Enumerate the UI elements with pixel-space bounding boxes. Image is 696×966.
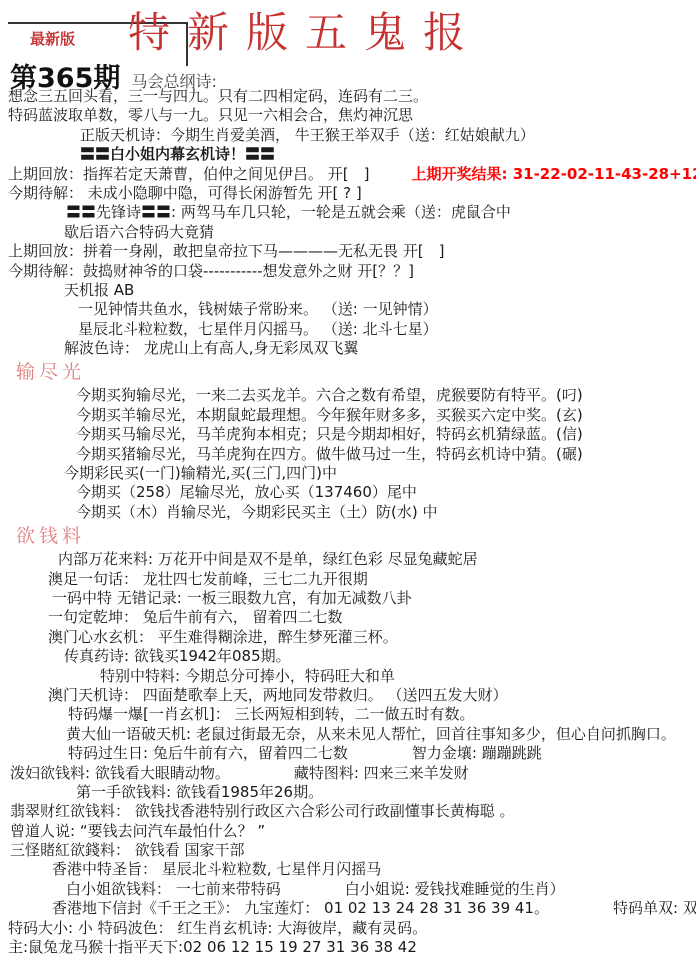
line-text: 今期买猪输尽光，马羊虎狗在四方。做牛做马过一生，特码玄机诗中猜。(碾) bbox=[76, 445, 583, 463]
line-text: 天机报 AB bbox=[64, 281, 134, 299]
content-line: 歇后语六合特码大竟猜 bbox=[8, 223, 694, 242]
line-text: 澳门天机诗： 四面楚歌奉上天，两地同发带救归。 （送四五发大财） bbox=[48, 686, 508, 704]
latest-edition-badge: 最新版 bbox=[8, 24, 75, 49]
line-text: 上期回放：拼着一身剐，敢把皇帝拉下马————无私无畏 开[ ] bbox=[8, 242, 444, 260]
page-title: 特新版五鬼报 bbox=[128, 0, 482, 60]
line-text: 三怪賭紅欲錢料： 欲钱看 国家干部 bbox=[10, 841, 245, 859]
content-line: 想念三五回头看，三一与四九。只有二四相定码，连码有二三。 bbox=[8, 87, 694, 106]
line-text-right: 智力金壤: 蹦蹦跳跳 bbox=[412, 744, 542, 762]
line-text: 白小姐欲钱料： 一七前来带特码 bbox=[66, 880, 281, 898]
line-text: 特码蓝波取单数，零八与一九。只见一六相会合，焦灼神沉思 bbox=[8, 106, 413, 124]
line-text: 今期待解： 未成小隐聊中隐，可得长闲游暂先 开[ ? ] bbox=[8, 184, 362, 202]
content-line: 澳门心水玄机： 平生难得糊涂进，醉生梦死灌三杯。 bbox=[8, 628, 694, 647]
content-line: 特码蓝波取单数，零八与一九。只见一六相会合，焦灼神沉思 bbox=[8, 106, 694, 125]
content-line: 香港中特圣旨： 星辰北斗粒粒数, 七星伴月闪摇马 bbox=[8, 860, 694, 879]
line-text: 第一手欲钱料: 欲钱看1985年26期。 bbox=[76, 783, 323, 801]
content-line: 今期买猪输尽光，马羊虎狗在四方。做牛做马过一生，特码玄机诗中猜。(碾) bbox=[8, 445, 694, 464]
content-lines: 想念三五回头看，三一与四九。只有二四相定码，连码有二三。特码蓝波取单数，零八与一… bbox=[8, 87, 694, 957]
line-text: 澳足一句话： 龙壮四七发前峰，三七二九开很期 bbox=[48, 570, 368, 588]
line-text: 黄大仙一语破天机: 老鼠过街最无奈，从来未见人帮忙，回首往事知多少，但心自问抓胸… bbox=[66, 725, 676, 743]
line-text: 想念三五回头看，三一与四九。只有二四相定码，连码有二三。 bbox=[8, 87, 428, 105]
content-line: 今期彩民买(一门)输精光,买(三门,四门)中 bbox=[8, 464, 694, 483]
content-line: 特码爆一爆[一肖玄机]： 三长两短相到转，二一做五时有数。 bbox=[8, 705, 694, 724]
content-line: 今期待解： 未成小隐聊中隐，可得长闲游暂先 开[ ? ] bbox=[8, 184, 694, 203]
content-line: 内部万花来料: 万花开中间是双不是单，绿红色彩 尽显兔藏蛇居 bbox=[8, 550, 694, 569]
content-line: 一句定乾坤： 兔后牛前有六， 留着四二七数 bbox=[8, 608, 694, 627]
line-text: 上期回放：指挥若定天萧曹，伯仲之间见伊吕。 开[ ] bbox=[8, 165, 369, 183]
content-line: 曾道人说: “要钱去问汽车最怕什么？ ” bbox=[8, 822, 694, 841]
line-text: 正版天机诗：今期生肖爱美酒， 牛王猴王举双手（送：红姑娘献九） bbox=[80, 126, 535, 144]
content-line: 解波色诗： 龙虎山上有高人,身无彩凤双飞翼 bbox=[8, 339, 694, 358]
content-line: 翡翠财红欲钱料： 欲钱找香港特别行政区六合彩公司行政副懂事长黄梅聪 。 bbox=[8, 802, 694, 821]
content-line: 主:鼠兔龙马猴十指平天下:02 06 12 15 19 27 31 36 38 … bbox=[8, 938, 694, 957]
line-text: 特码爆一爆[一肖玄机]： 三长两短相到转，二一做五时有数。 bbox=[68, 705, 474, 723]
line-text: 特码过生日: 兔后牛前有六，留着四二七数 bbox=[68, 744, 348, 762]
line-text: 澳门心水玄机： 平生难得糊涂进，醉生梦死灌三杯。 bbox=[48, 628, 398, 646]
content-line: 〓〓白小姐内幕玄机诗！〓〓 bbox=[8, 145, 694, 164]
content-line: 黄大仙一语破天机: 老鼠过街最无奈，从来未见人帮忙，回首往事知多少，但心自问抓胸… bbox=[8, 725, 694, 744]
content-line: 泼妇欲钱料: 欲钱看大眼睛动物。藏特图料: 四来三来羊发财 bbox=[8, 764, 694, 783]
line-text: 今期买（木）肖输尽光，今期彩民买主（土）防(水) 中 bbox=[76, 503, 437, 521]
line-text-right: 白小姐说: 爱钱找难睡觉的生肖） bbox=[345, 880, 565, 898]
section-header-label: 欲钱料 bbox=[16, 525, 85, 547]
content-line: 澳足一句话： 龙壮四七发前峰，三七二九开很期 bbox=[8, 570, 694, 589]
content-line: 〓〓先锋诗〓〓: 两驾马车几只轮，一轮是五就会乘（送：虎鼠合中 bbox=[8, 203, 694, 222]
content-line: 今期买羊输尽光，本期鼠蛇最理想。今年猴年财多多，买猴买六定中奖。(玄) bbox=[8, 406, 694, 425]
line-text: 主:鼠兔龙马猴十指平天下:02 06 12 15 19 27 31 36 38 … bbox=[8, 938, 417, 956]
content-line: 特码大小: 小 特码波色： 红生肖玄机诗: 大海彼岸，藏有灵码。 bbox=[8, 919, 694, 938]
last-draw-result: 上期开奖结果: 31-22-02-11-43-28+12 bbox=[411, 165, 696, 183]
line-text: 传真药诗: 欲钱买1942年085期。 bbox=[64, 647, 291, 665]
content-line: 今期待解：鼓捣财神爷的口袋-----------想发意外之财 开[？？] bbox=[8, 262, 694, 281]
line-text: 曾道人说: “要钱去问汽车最怕什么？ ” bbox=[10, 822, 265, 840]
section-header: 欲钱料 bbox=[8, 522, 694, 550]
content-line: 白小姐欲钱料： 一七前来带特码白小姐说: 爱钱找难睡觉的生肖） bbox=[8, 880, 694, 899]
line-text: 特别中特料: 今期总分可捧小，特码旺大和单 bbox=[100, 667, 395, 685]
line-text: 香港地下信封《千王之王》： 九宝莲灯： 01 02 13 24 28 31 36… bbox=[52, 899, 549, 917]
line-text: 星辰北斗粒粒数，七星伴月闪摇马。 （送: 北斗七星） bbox=[78, 320, 438, 338]
tip-sheet-page: 最新版 特新版五鬼报 第365期 马会总纲诗: 想念三五回头看，三一与四九。只有… bbox=[0, 0, 696, 966]
line-text-right: 藏特图料: 四来三来羊发财 bbox=[294, 764, 469, 782]
content-line: 特别中特料: 今期总分可捧小，特码旺大和单 bbox=[8, 667, 694, 686]
section-header-label: 输尽光 bbox=[16, 361, 85, 383]
content-line: 今期买狗输尽光，一来二去买龙羊。六合之数有希望，虎猴要防有特平。(叼) bbox=[8, 386, 694, 405]
content-line: 一见钟情共鱼水，钱树婊子常盼来。 （送: 一见钟情） bbox=[8, 300, 694, 319]
content-line: 传真药诗: 欲钱买1942年085期。 bbox=[8, 647, 694, 666]
line-text: 今期买马输尽光，马羊虎狗本相克；只是今期却相好，特码玄机猜绿蓝。(信) bbox=[76, 425, 583, 443]
line-text: 香港中特圣旨： 星辰北斗粒粒数, 七星伴月闪摇马 bbox=[52, 860, 381, 878]
line-text: 一码中特 无错记录: 一板三眼数九宫，有加无减数八卦 bbox=[52, 589, 412, 607]
content-line: 正版天机诗：今期生肖爱美酒， 牛王猴王举双手（送：红姑娘献九） bbox=[8, 126, 694, 145]
line-text: 歇后语六合特码大竟猜 bbox=[64, 223, 214, 241]
line-text: 〓〓先锋诗〓〓: 两驾马车几只轮，一轮是五就会乘（送：虎鼠合中 bbox=[66, 203, 511, 221]
section-header: 输尽光 bbox=[8, 358, 694, 386]
line-text: 今期买狗输尽光，一来二去买龙羊。六合之数有希望，虎猴要防有特平。(叼) bbox=[76, 386, 583, 404]
content-line: 三怪賭紅欲錢料： 欲钱看 国家干部 bbox=[8, 841, 694, 860]
line-text: 今期彩民买(一门)输精光,买(三门,四门)中 bbox=[64, 464, 337, 482]
line-text: 今期待解：鼓捣财神爷的口袋-----------想发意外之财 开[？？] bbox=[8, 262, 414, 280]
content-line: 香港地下信封《千王之王》： 九宝莲灯： 01 02 13 24 28 31 36… bbox=[8, 899, 694, 918]
content-line: 第一手欲钱料: 欲钱看1985年26期。 bbox=[8, 783, 694, 802]
line-text: 今期买羊输尽光，本期鼠蛇最理想。今年猴年财多多，买猴买六定中奖。(玄) bbox=[76, 406, 583, 424]
line-text: 解波色诗： 龙虎山上有高人,身无彩凤双飞翼 bbox=[64, 339, 359, 357]
content-line: 一码中特 无错记录: 一板三眼数九宫，有加无减数八卦 bbox=[8, 589, 694, 608]
line-text: 内部万花来料: 万花开中间是双不是单，绿红色彩 尽显兔藏蛇居 bbox=[58, 550, 478, 568]
line-text: 特码大小: 小 特码波色： 红生肖玄机诗: 大海彼岸，藏有灵码。 bbox=[8, 919, 427, 937]
content-line: 天机报 AB bbox=[8, 281, 694, 300]
line-text: 〓〓白小姐内幕玄机诗！〓〓 bbox=[80, 145, 275, 163]
line-text: 一见钟情共鱼水，钱树婊子常盼来。 （送: 一见钟情） bbox=[78, 300, 438, 318]
content-line: 特码过生日: 兔后牛前有六，留着四二七数智力金壤: 蹦蹦跳跳 bbox=[8, 744, 694, 763]
content-line: 今期买（258）尾输尽光，放心买（137460）尾中 bbox=[8, 483, 694, 502]
line-text: 一句定乾坤： 兔后牛前有六， 留着四二七数 bbox=[48, 608, 343, 626]
line-text: 今期买（258）尾输尽光，放心买（137460）尾中 bbox=[76, 483, 417, 501]
content-line: 上期回放：拼着一身剐，敢把皇帝拉下马————无私无畏 开[ ] bbox=[8, 242, 694, 261]
content-line: 上期回放：指挥若定天萧曹，伯仲之间见伊吕。 开[ ]上期开奖结果: 31-22-… bbox=[8, 165, 694, 184]
content-line: 澳门天机诗： 四面楚歌奉上天，两地同发带救归。 （送四五发大财） bbox=[8, 686, 694, 705]
content-line: 今期买马输尽光，马羊虎狗本相克；只是今期却相好，特码玄机猜绿蓝。(信) bbox=[8, 425, 694, 444]
line-text-right: 特码单双: 双 bbox=[613, 899, 696, 917]
line-text: 翡翠财红欲钱料： 欲钱找香港特别行政区六合彩公司行政副懂事长黄梅聪 。 bbox=[10, 802, 515, 820]
content-line: 星辰北斗粒粒数，七星伴月闪摇马。 （送: 北斗七星） bbox=[8, 320, 694, 339]
line-text: 泼妇欲钱料: 欲钱看大眼睛动物。 bbox=[10, 764, 230, 782]
content-line: 今期买（木）肖输尽光，今期彩民买主（土）防(水) 中 bbox=[8, 503, 694, 522]
